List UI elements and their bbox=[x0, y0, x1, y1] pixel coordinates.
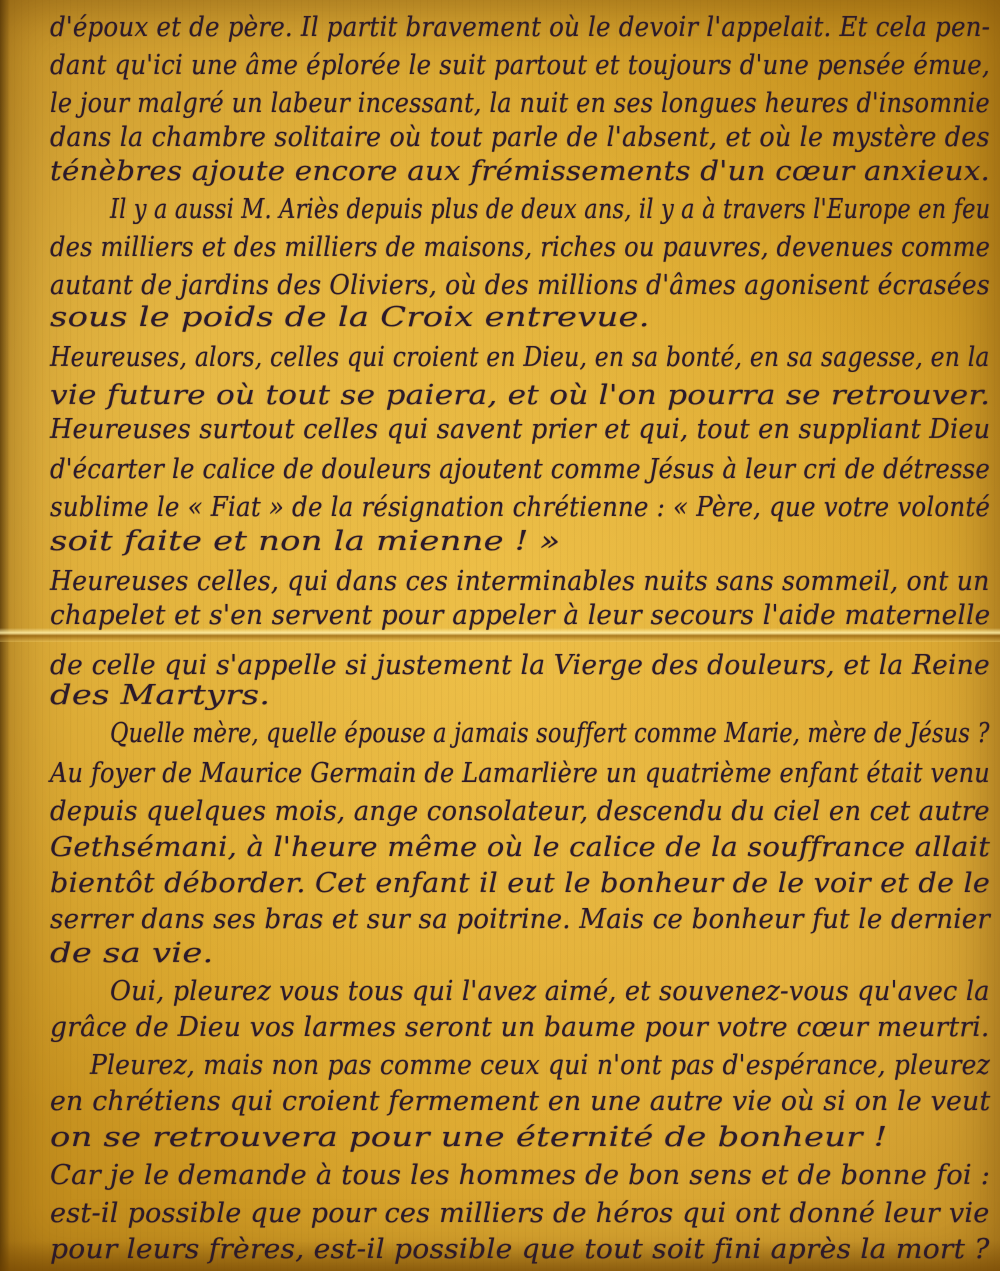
handwritten-line: de celle qui s'appelle si justement la V… bbox=[50, 650, 990, 681]
handwritten-line: de sa vie. bbox=[50, 938, 214, 969]
handwritten-line: pour leurs frères, est-il possible que t… bbox=[50, 1234, 990, 1265]
handwritten-line: le jour malgré un labeur incessant, la n… bbox=[50, 88, 990, 119]
handwritten-line: en chrétiens qui croient fermement en un… bbox=[50, 1086, 990, 1117]
handwritten-line: depuis quelques mois, ange consolateur, … bbox=[50, 796, 990, 827]
handwritten-line: Gethsémani, à l'heure même où le calice … bbox=[50, 832, 990, 863]
handwritten-line: autant de jardins des Oliviers, où des m… bbox=[50, 270, 990, 301]
handwritten-line: Il y a aussi M. Ariès depuis plus de deu… bbox=[110, 194, 990, 225]
handwritten-line: Quelle mère, quelle épouse a jamais souf… bbox=[110, 718, 990, 749]
handwritten-line: des milliers et des milliers de maisons,… bbox=[50, 232, 990, 263]
handwritten-line: on se retrouvera pour une éternité de bo… bbox=[50, 1122, 887, 1153]
handwritten-line: grâce de Dieu vos larmes seront un baume… bbox=[50, 1012, 990, 1043]
handwritten-line: Heureuses surtout celles qui savent prie… bbox=[50, 414, 990, 445]
handwritten-line: Pleurez, mais non pas comme ceux qui n'o… bbox=[90, 1050, 990, 1081]
handwritten-line: dans la chambre solitaire où tout parle … bbox=[50, 122, 990, 153]
handwritten-line: bientôt déborder. Cet enfant il eut le b… bbox=[50, 868, 990, 899]
handwritten-line: des Martyrs. bbox=[50, 680, 270, 711]
handwritten-line: Heureuses, alors, celles qui croient en … bbox=[50, 342, 990, 373]
handwritten-letter-page: d'époux et de père. Il partit bravement … bbox=[0, 0, 1000, 1271]
handwritten-line: Au foyer de Maurice Germain de Lamarlièr… bbox=[50, 758, 990, 789]
handwritten-line: vie future où tout se paiera, et où l'on… bbox=[50, 380, 990, 411]
handwritten-line: Oui, pleurez vous tous qui l'avez aimé, … bbox=[110, 976, 990, 1007]
handwritten-line: dant qu'ici une âme éplorée le suit part… bbox=[50, 50, 990, 81]
handwritten-line: sous le poids de la Croix entrevue. bbox=[50, 302, 650, 333]
handwritten-line: sublime le « Fiat » de la résignation ch… bbox=[50, 492, 990, 523]
handwritten-line: Car je le demande à tous les hommes de b… bbox=[50, 1160, 990, 1191]
handwritten-line: ténèbres ajoute encore aux frémissements… bbox=[50, 156, 990, 187]
handwritten-line: soit faite et non la mienne ! » bbox=[50, 526, 560, 557]
handwritten-line: d'époux et de père. Il partit bravement … bbox=[50, 12, 990, 43]
handwritten-line: chapelet et s'en servent pour appeler à … bbox=[50, 600, 990, 631]
handwritten-line: est-il possible que pour ces milliers de… bbox=[50, 1198, 990, 1229]
handwritten-line: Heureuses celles, qui dans ces intermina… bbox=[50, 566, 990, 597]
handwritten-line: serrer dans ses bras et sur sa poitrine.… bbox=[50, 904, 990, 935]
handwritten-line: d'écarter le calice de douleurs ajoutent… bbox=[50, 454, 990, 485]
